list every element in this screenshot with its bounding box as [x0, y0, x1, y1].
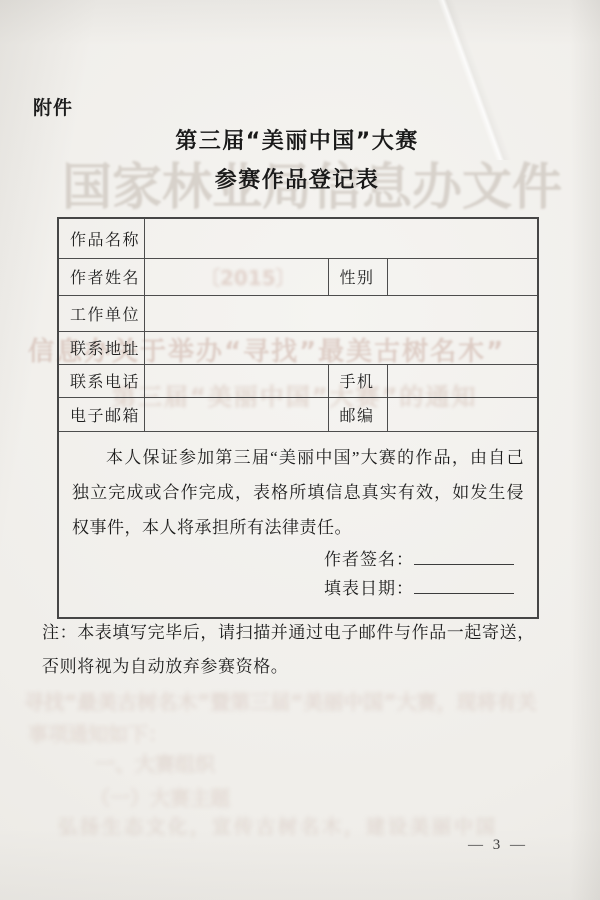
bleedthrough-body-line: 弘扬生态文化，宣传古树名木，建设美丽中国	[58, 812, 498, 839]
bleedthrough-body-line: （一）大赛主题	[90, 782, 230, 811]
declaration-text: 本人保证参加第三届“美丽中国”大赛的作品，由自己独立完成或合作完成，表格所填信息…	[72, 440, 524, 545]
footnote-line2: 否则将视为自动放弃参赛资格。	[42, 650, 535, 684]
form-title-line1: 第三届“美丽中国”大赛	[57, 124, 537, 155]
date-row: 填表日期：	[72, 574, 524, 603]
label-postal-code: 邮编	[328, 397, 387, 431]
page-number: — 3 —	[468, 837, 528, 854]
declaration-cell: 本人保证参加第三届“美丽中国”大赛的作品，由自己独立完成或合作完成，表格所填信息…	[58, 431, 538, 618]
label-gender: 性别	[328, 258, 387, 295]
registration-table: 作品名称 作者姓名 性别 工作单位 联系地址 联系电话 手机	[57, 217, 539, 619]
field-mobile	[387, 364, 538, 397]
field-email	[144, 397, 328, 431]
signature-label: 作者签名：	[324, 550, 414, 569]
label-author-name: 作者姓名	[58, 258, 144, 295]
label-contact-address: 联系地址	[58, 331, 144, 364]
label-email: 电子邮箱	[58, 397, 144, 431]
bleedthrough-body-line: 寻找“最美古树名木”暨第三届“美丽中国”大赛，现将有关	[24, 686, 537, 715]
field-work-title	[144, 218, 538, 258]
table-row: 本人保证参加第三届“美丽中国”大赛的作品，由自己独立完成或合作完成，表格所填信息…	[58, 431, 538, 618]
attachment-label: 附件	[33, 93, 73, 120]
footnote-line1: 注：本表填写完毕后，请扫描并通过电子邮件与作品一起寄送，	[42, 616, 535, 650]
field-gender	[387, 258, 538, 295]
table-row: 联系电话 手机	[58, 364, 538, 397]
form-title-line2: 参赛作品登记表	[57, 163, 537, 194]
field-contact-address	[144, 331, 538, 364]
footnote: 注：本表填写完毕后，请扫描并通过电子邮件与作品一起寄送， 否则将视为自动放弃参赛…	[42, 616, 535, 684]
date-blank-line	[414, 579, 514, 594]
bleedthrough-body-line: 一、大赛组织	[95, 748, 215, 777]
bleedthrough-body-line: 事项通知如下：	[28, 718, 168, 747]
date-label: 填表日期：	[324, 579, 414, 598]
table-row: 作品名称	[58, 218, 538, 258]
label-work-title: 作品名称	[58, 218, 144, 258]
field-work-unit	[144, 295, 538, 331]
field-author-name	[144, 258, 328, 295]
table-row: 电子邮箱 邮编	[58, 397, 538, 431]
scanned-page: 国家林业局信息办文件 〔2015〕 信息办关于举办“寻找”最美古树名木” 第三届…	[0, 0, 600, 900]
field-postal-code	[387, 397, 538, 431]
signature-blank-line	[414, 550, 514, 565]
table-row: 联系地址	[58, 331, 538, 364]
label-contact-phone: 联系电话	[58, 364, 144, 397]
signature-row: 作者签名：	[72, 545, 524, 574]
label-work-unit: 工作单位	[58, 295, 144, 331]
label-mobile: 手机	[328, 364, 387, 397]
table-row: 工作单位	[58, 295, 538, 331]
table-row: 作者姓名 性别	[58, 258, 538, 295]
field-contact-phone	[144, 364, 328, 397]
